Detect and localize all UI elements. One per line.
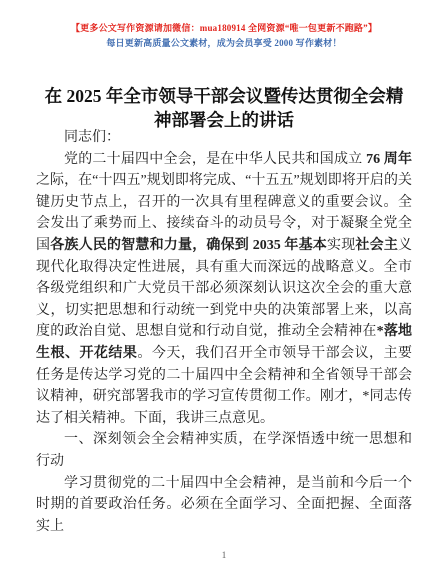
paragraph-main: 党的二十届四中全会，是在中华人民共和国成立 76 周年之际，在“十四五”规划即将… [36,149,412,430]
paragraph-salutation: 同志们： [36,127,412,149]
promo-red-line: 【更多公文写作资源请加微信：mua180914 全网资源“唯一包更新不跑路”】 [10,21,438,36]
paragraph-section-heading: 一、深刻领会全会精神实质，在学深悟透中统一思想和行动 [36,429,412,472]
paragraph-section-body: 学习贯彻党的二十届四中全会精神，是当前和今后一个时期的首要政治任务。必须在全面学… [36,473,412,538]
document-title: 在 2025 年全市领导干部会议暨传达贯彻全会精神部署会上的讲话 [42,84,406,132]
document-page: 【更多公文写作资源请加微信：mua180914 全网资源“唯一包更新不跑路”】 … [0,0,448,580]
page-number: 1 [0,550,448,560]
promo-header: 【更多公文写作资源请加微信：mua180914 全网资源“唯一包更新不跑路”】 … [10,21,438,50]
promo-blue-line: 每日更新高质量公文素材，成为会员享受 2000 写作素材！ [10,36,438,50]
document-body: 同志们： 党的二十届四中全会，是在中华人民共和国成立 76 周年之际，在“十四五… [36,127,412,537]
